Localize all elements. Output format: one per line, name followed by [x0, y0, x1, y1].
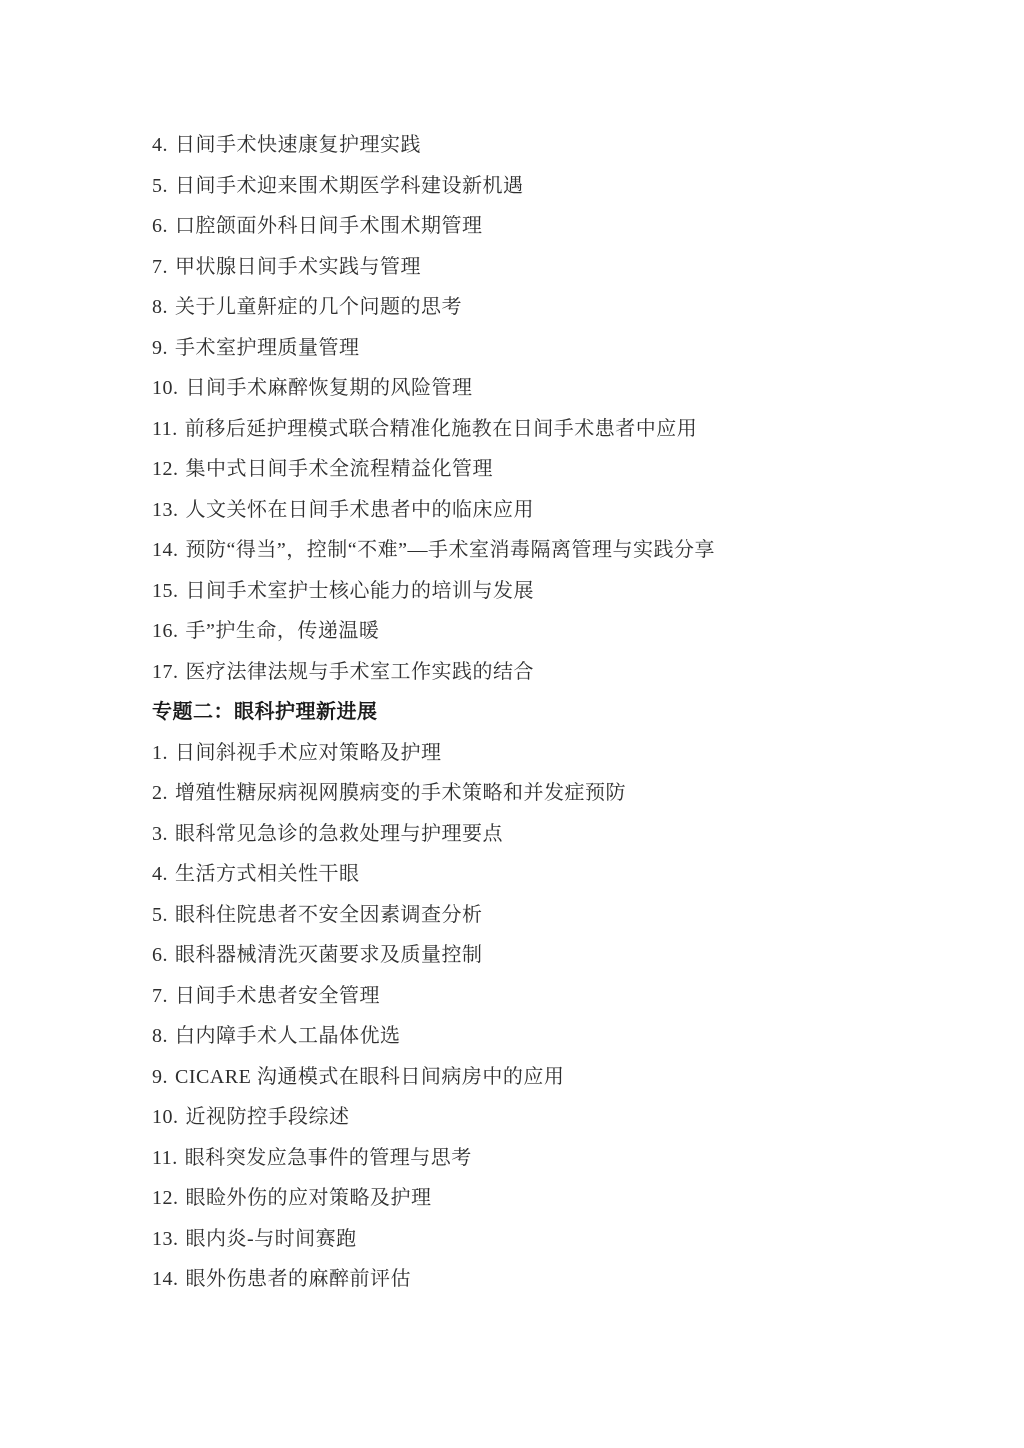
list-item: 9.手术室护理质量管理 [152, 328, 964, 369]
item-text: 日间手术麻醉恢复期的风险管理 [186, 377, 473, 399]
list-item: 9.CICARE 沟通模式在眼科日间病房中的应用 [152, 1057, 964, 1098]
item-text: 前移后延护理模式联合精准化施教在日间手术患者中应用 [185, 418, 698, 440]
item-text: 眼科住院患者不安全因素调查分析 [175, 904, 483, 926]
item-text: CICARE 沟通模式在眼科日间病房中的应用 [175, 1066, 564, 1088]
item-number: 10. [152, 1097, 179, 1138]
list-item: 11.前移后延护理模式联合精准化施教在日间手术患者中应用 [152, 409, 964, 450]
item-text: 近视防控手段综述 [186, 1106, 350, 1128]
item-text: 日间斜视手术应对策略及护理 [175, 742, 442, 764]
list-item: 17.医疗法律法规与手术室工作实践的结合 [152, 652, 964, 693]
item-number: 1. [152, 733, 168, 774]
item-number: 14. [152, 1259, 179, 1300]
item-text: 手术室护理质量管理 [175, 337, 360, 359]
item-number: 4. [152, 854, 168, 895]
section-heading: 专题二：眼科护理新进展 [152, 692, 964, 733]
item-number: 14. [152, 530, 179, 571]
item-text: 眼外伤患者的麻醉前评估 [186, 1268, 412, 1290]
item-number: 13. [152, 1219, 179, 1260]
list-item: 3.眼科常见急诊的急救处理与护理要点 [152, 814, 964, 855]
list-item: 16.手”护生命，传递温暖 [152, 611, 964, 652]
list-item: 15.日间手术室护士核心能力的培训与发展 [152, 571, 964, 612]
item-text: 眼内炎-与时间赛跑 [186, 1228, 357, 1250]
list-item: 12.集中式日间手术全流程精益化管理 [152, 449, 964, 490]
item-number: 6. [152, 935, 168, 976]
item-text: 增殖性糖尿病视网膜病变的手术策略和并发症预防 [175, 782, 626, 804]
item-text: 眼科常见急诊的急救处理与护理要点 [175, 823, 503, 845]
item-number: 8. [152, 287, 168, 328]
item-number: 5. [152, 895, 168, 936]
item-text: 白内障手术人工晶体优选 [175, 1025, 401, 1047]
item-number: 7. [152, 247, 168, 288]
item-number: 17. [152, 652, 179, 693]
list-item: 7.甲状腺日间手术实践与管理 [152, 247, 964, 288]
item-number: 11. [152, 409, 178, 450]
list-item: 13.眼内炎-与时间赛跑 [152, 1219, 964, 1260]
list-item: 5.眼科住院患者不安全因素调查分析 [152, 895, 964, 936]
list-item: 10.近视防控手段综述 [152, 1097, 964, 1138]
item-number: 15. [152, 571, 179, 612]
document-page: 4.日间手术快速康复护理实践5.日间手术迎来围术期医学科建设新机遇6.口腔颌面外… [0, 0, 1024, 1448]
item-number: 11. [152, 1138, 178, 1179]
item-text: 生活方式相关性干眼 [175, 863, 360, 885]
item-text: 日间手术室护士核心能力的培训与发展 [186, 580, 535, 602]
item-number: 3. [152, 814, 168, 855]
item-text: 关于儿童鼾症的几个问题的思考 [175, 296, 462, 318]
item-text: 手”护生命，传递温暖 [186, 620, 380, 642]
item-number: 12. [152, 449, 179, 490]
item-text: 甲状腺日间手术实践与管理 [175, 256, 421, 278]
item-number: 2. [152, 773, 168, 814]
item-text: 日间手术快速康复护理实践 [175, 134, 421, 156]
list-item: 12.眼睑外伤的应对策略及护理 [152, 1178, 964, 1219]
item-text: 眼科器械清洗灭菌要求及质量控制 [175, 944, 483, 966]
list-item: 1.日间斜视手术应对策略及护理 [152, 733, 964, 774]
list-item: 8.白内障手术人工晶体优选 [152, 1016, 964, 1057]
list-item: 4.生活方式相关性干眼 [152, 854, 964, 895]
item-text: 眼睑外伤的应对策略及护理 [186, 1187, 432, 1209]
list-item: 14.眼外伤患者的麻醉前评估 [152, 1259, 964, 1300]
list-item: 14.预防“得当”，控制“不难”—手术室消毒隔离管理与实践分享 [152, 530, 964, 571]
list-item: 4.日间手术快速康复护理实践 [152, 125, 964, 166]
item-number: 8. [152, 1016, 168, 1057]
item-text: 眼科突发应急事件的管理与思考 [185, 1147, 472, 1169]
list-item: 11.眼科突发应急事件的管理与思考 [152, 1138, 964, 1179]
document-content: 4.日间手术快速康复护理实践5.日间手术迎来围术期医学科建设新机遇6.口腔颌面外… [152, 125, 964, 1300]
item-text: 集中式日间手术全流程精益化管理 [186, 458, 494, 480]
item-number: 6. [152, 206, 168, 247]
item-text: 人文关怀在日间手术患者中的临床应用 [186, 499, 535, 521]
item-text: 预防“得当”，控制“不难”—手术室消毒隔离管理与实践分享 [186, 539, 716, 561]
item-number: 9. [152, 1057, 168, 1098]
list-item: 13.人文关怀在日间手术患者中的临床应用 [152, 490, 964, 531]
item-text: 日间手术患者安全管理 [175, 985, 380, 1007]
item-number: 7. [152, 976, 168, 1017]
list-item: 8.关于儿童鼾症的几个问题的思考 [152, 287, 964, 328]
item-text: 医疗法律法规与手术室工作实践的结合 [186, 661, 535, 683]
list-item: 5.日间手术迎来围术期医学科建设新机遇 [152, 166, 964, 207]
list-item: 10.日间手术麻醉恢复期的风险管理 [152, 368, 964, 409]
list-item: 7.日间手术患者安全管理 [152, 976, 964, 1017]
list-item: 6.眼科器械清洗灭菌要求及质量控制 [152, 935, 964, 976]
item-number: 12. [152, 1178, 179, 1219]
item-number: 10. [152, 368, 179, 409]
item-number: 9. [152, 328, 168, 369]
item-number: 5. [152, 166, 168, 207]
list-item: 6.口腔颌面外科日间手术围术期管理 [152, 206, 964, 247]
list-item: 2.增殖性糖尿病视网膜病变的手术策略和并发症预防 [152, 773, 964, 814]
item-number: 16. [152, 611, 179, 652]
item-text: 日间手术迎来围术期医学科建设新机遇 [175, 175, 524, 197]
item-number: 13. [152, 490, 179, 531]
item-text: 口腔颌面外科日间手术围术期管理 [175, 215, 483, 237]
item-number: 4. [152, 125, 168, 166]
